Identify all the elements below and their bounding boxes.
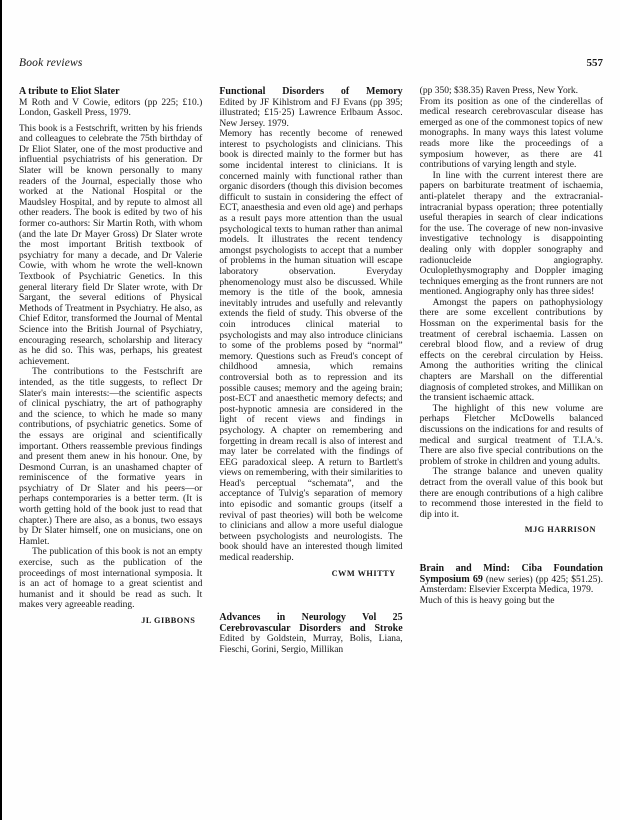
review-title-tribute: A tribute to Eliot Slater — [19, 86, 202, 98]
review-paragraph: Much of this is heavy going but the — [420, 596, 603, 607]
column-1: A tribute to Eliot Slater M Roth and V C… — [19, 86, 202, 656]
review-paragraph: This book is a Festschrift, written by h… — [19, 124, 202, 368]
review-title-advances: Advances in Neurology Vol 25 Cerebrovasc… — [219, 612, 402, 634]
review-paragraph: In line with the current interest there … — [420, 171, 603, 298]
review-citation-tribute: M Roth and V Cowie, editors (pp 225; £10… — [19, 98, 202, 119]
reviewer-signature: MJG HARRISON — [420, 525, 603, 536]
review-heading-advances: Advances in Neurology Vol 25 Cerebrovasc… — [219, 613, 402, 655]
review-paragraph: The highlight of this new volume are per… — [420, 404, 603, 468]
review-title-functional: Functional Disorders of Memory — [219, 86, 402, 98]
review-heading-brain: Brain and Mind: Ciba Foundation Symposiu… — [420, 564, 603, 596]
review-citation-functional: Edited by JF Kihlstrom and FJ Evans (pp … — [219, 98, 402, 130]
page-number: 557 — [587, 57, 604, 69]
review-paragraph: From its position as one of the cinderel… — [420, 97, 603, 171]
section-title: Book reviews — [19, 57, 83, 69]
review-editors-advances: Edited by Goldstein, Murray, Bolis, Lian… — [219, 634, 402, 655]
columns-container: A tribute to Eliot Slater M Roth and V C… — [19, 86, 603, 656]
reviewer-signature: CWM WHITTY — [219, 569, 402, 580]
review-paragraph: The strange balance and uneven quality d… — [420, 467, 603, 520]
review-paragraph: Memory has recently become of renewed in… — [219, 129, 402, 563]
page-header: Book reviews 557 — [19, 57, 603, 69]
review-paragraph: The publication of this book is not an e… — [19, 547, 202, 611]
section-gap — [420, 536, 603, 564]
column-2: Functional Disorders of Memory Edited by… — [219, 86, 402, 656]
review-citation-advances-continued: (pp 350; $38.35) Raven Press, New York. — [420, 86, 603, 97]
column-3: (pp 350; $38.35) Raven Press, New York. … — [420, 86, 603, 656]
section-gap — [219, 579, 402, 613]
review-paragraph: Amongst the papers on pathophysiology th… — [420, 298, 603, 404]
reviewer-signature: JL GIBBONS — [19, 616, 202, 627]
review-paragraph: The contributions to the Festschrift are… — [19, 367, 202, 547]
journal-page: Book reviews 557 A tribute to Eliot Slat… — [0, 0, 620, 820]
